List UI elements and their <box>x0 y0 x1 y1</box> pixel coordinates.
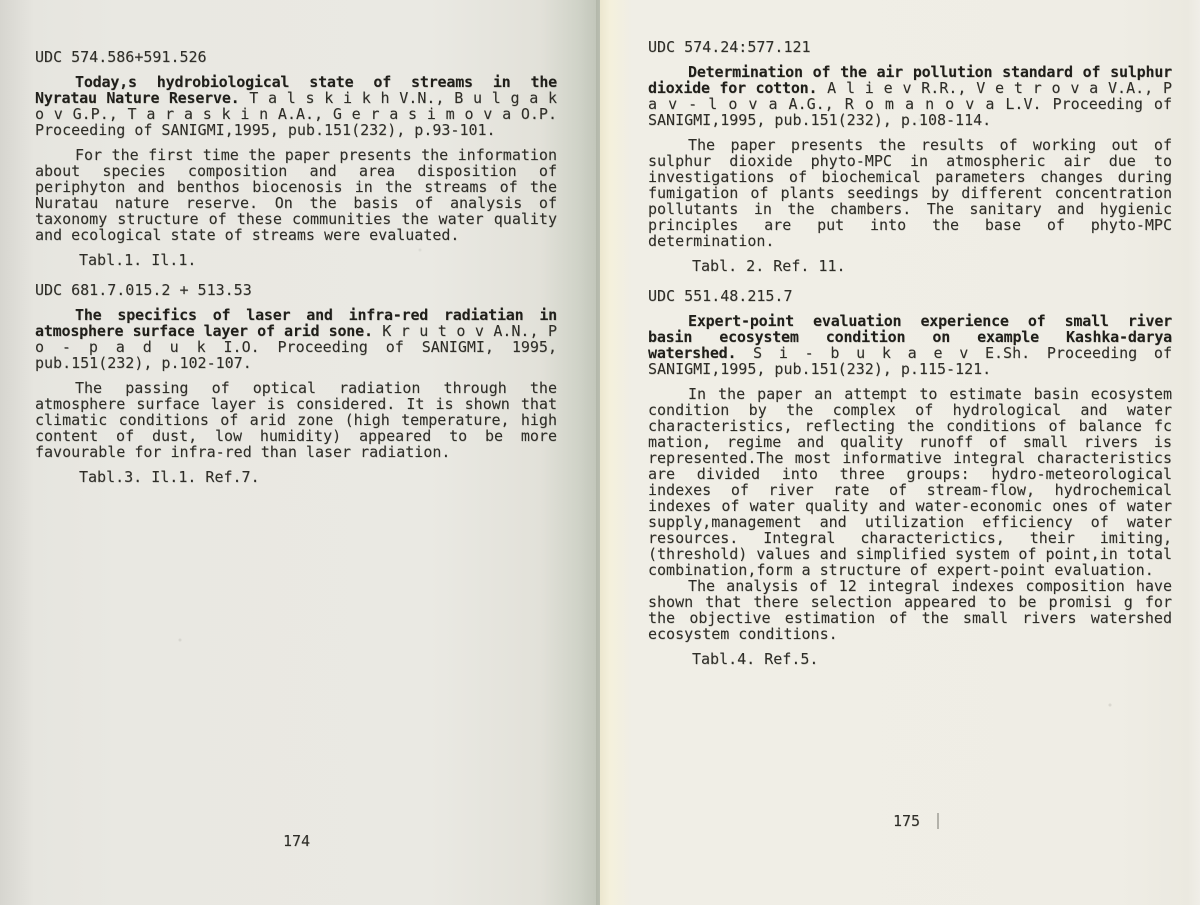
refs-line: Tabl.3. Il.1. Ref.7. <box>79 469 557 485</box>
abstract-paragraph: In the paper an attempt to estimate basi… <box>648 386 1172 578</box>
right-page-content: UDC 574.24:577.121 Determination of the … <box>648 39 1172 681</box>
left-page: UDC 574.586+591.526 Today,s hydrobiologi… <box>0 0 600 905</box>
abstract-entry: UDC 681.7.015.2 + 513.53 The specifics o… <box>35 282 557 485</box>
refs-line: Tabl. 2. Ref. 11. <box>692 258 1172 274</box>
abstract-entry: UDC 574.24:577.121 Determination of the … <box>648 39 1172 274</box>
right-page: UDC 574.24:577.121 Determination of the … <box>600 0 1200 905</box>
udc-code: UDC 574.24:577.121 <box>648 39 1172 55</box>
refs-line: Tabl.1. Il.1. <box>79 252 557 268</box>
udc-code: UDC 681.7.015.2 + 513.53 <box>35 282 557 298</box>
udc-code: UDC 574.586+591.526 <box>35 49 557 65</box>
book-scan: UDC 574.586+591.526 Today,s hydrobiologi… <box>0 0 1200 905</box>
abstract-paragraph: The analysis of 12 integral indexes comp… <box>648 578 1172 642</box>
entry-heading: Expert-point evaluation experience of sm… <box>648 313 1172 377</box>
entry-heading: The specifics of laser and infra-red rad… <box>35 307 557 371</box>
abstract-paragraph: For the first time the paper presents th… <box>35 147 557 243</box>
page-number: 174 <box>283 832 310 850</box>
page-number: 175 <box>893 812 920 830</box>
entry-heading: Today,s hydrobiological state of streams… <box>35 74 557 138</box>
entry-heading: Determination of the air pollution stand… <box>648 64 1172 128</box>
abstract-entry: UDC 551.48.215.7 Expert-point evaluation… <box>648 288 1172 667</box>
abstract-paragraph: The passing of optical radiation through… <box>35 380 557 460</box>
refs-line: Tabl.4. Ref.5. <box>692 651 1172 667</box>
abstract-entry: UDC 574.586+591.526 Today,s hydrobiologi… <box>35 49 557 268</box>
abstract-paragraph: The paper presents the results of workin… <box>648 137 1172 249</box>
scan-artifact-mark <box>937 813 939 829</box>
left-page-content: UDC 574.586+591.526 Today,s hydrobiologi… <box>35 49 557 499</box>
udc-code: UDC 551.48.215.7 <box>648 288 1172 304</box>
